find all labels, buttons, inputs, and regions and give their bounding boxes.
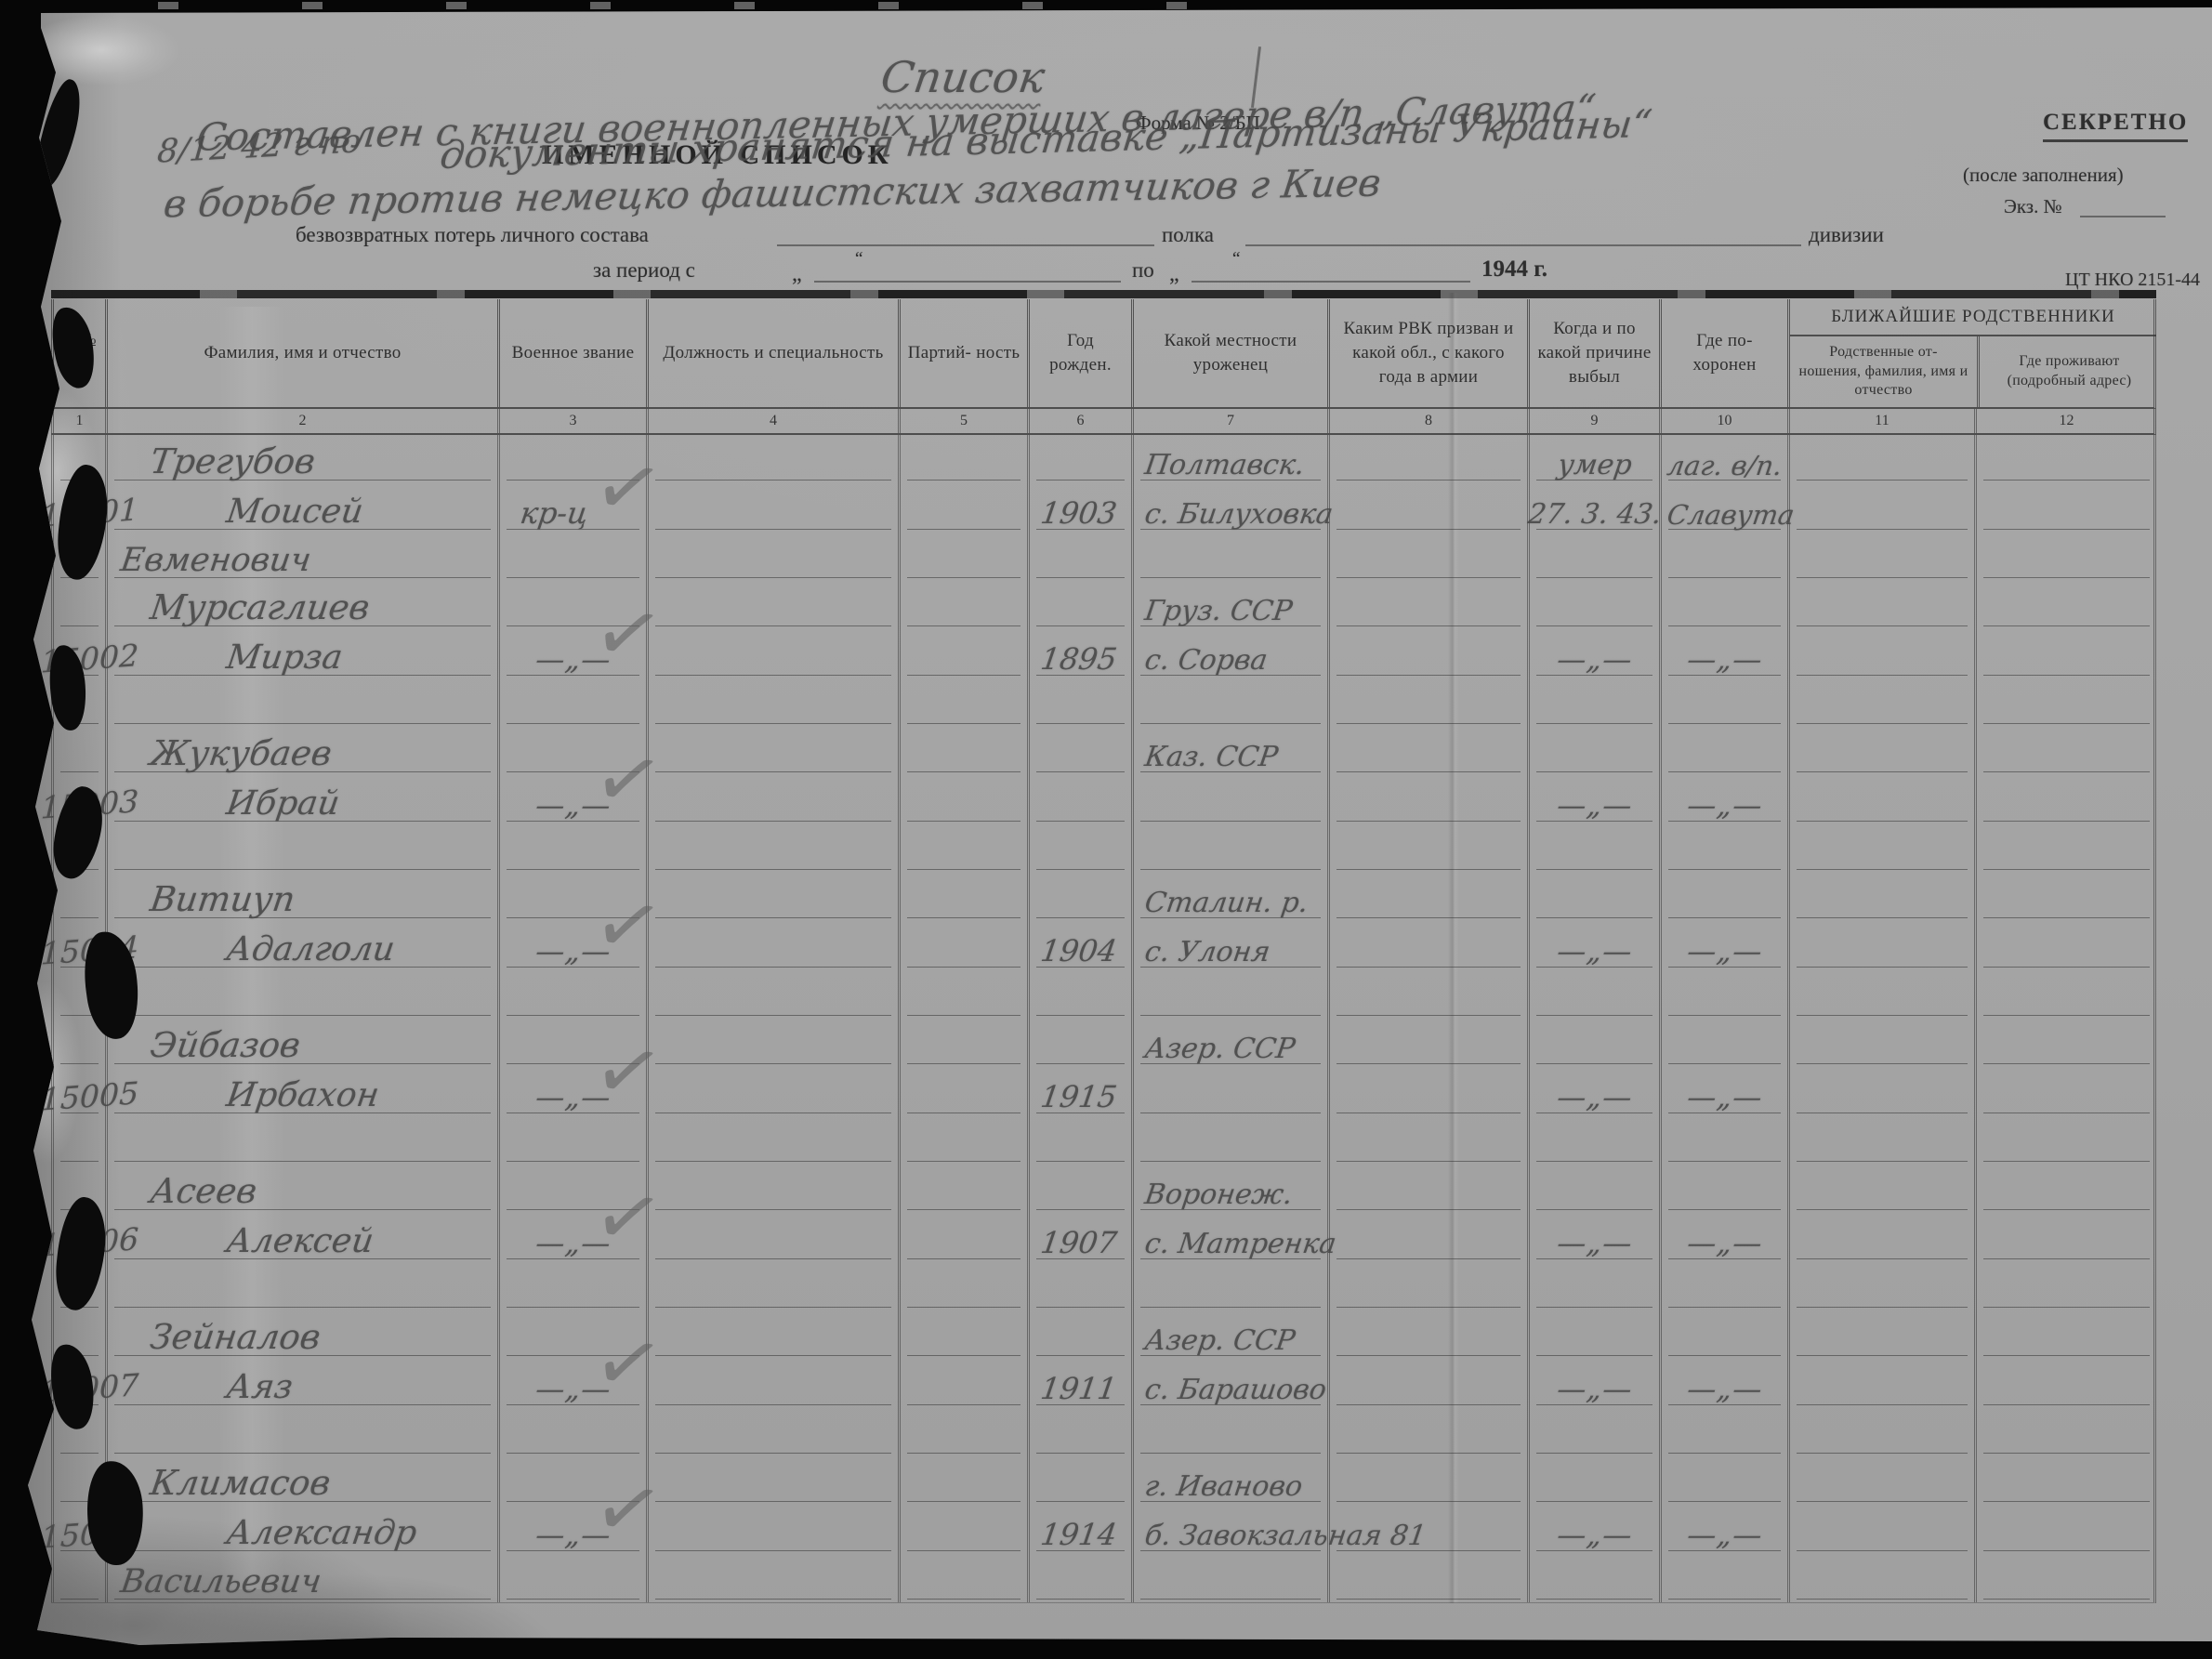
period-year-label: 1944 г.	[1481, 257, 1547, 283]
period-to-label: по	[1132, 258, 1154, 283]
regiment-label: полка	[1162, 223, 1214, 247]
first-name: Моисей	[224, 493, 365, 531]
col-number: 2	[105, 409, 497, 433]
fate-date: —„—	[1554, 1227, 1634, 1260]
first-name: Аяз	[224, 1368, 295, 1406]
col-header-duty: Должность и специальность	[646, 299, 898, 407]
fate-date: —„—	[1554, 935, 1634, 968]
birthplace-region: г. Иваново	[1143, 1470, 1305, 1503]
entry-block: 15003ЖукубаевИбрай—„—✓Каз. ССР—„——„—	[51, 727, 2153, 873]
birthplace-village: б. Завокзальная 81	[1143, 1520, 1429, 1552]
fate-date: —„—	[1554, 643, 1634, 677]
col-header-rank: Военное звание	[497, 299, 646, 407]
entry-block: 15005ЭйбазовИрбахон—„—✓1915Азер. ССР—„——…	[51, 1019, 2153, 1165]
birthplace-village: с. Матренка	[1143, 1228, 1338, 1260]
surname: Трегубов	[148, 441, 318, 481]
first-name: Мирза	[224, 639, 345, 677]
fate-date: —„—	[1554, 789, 1634, 823]
column-number-row: 1 2 3 4 5 6 7 8 9 10 11 12	[51, 409, 2156, 435]
birthplace-region: Азер. ССР	[1143, 1033, 1297, 1065]
first-name: Алексей	[224, 1222, 375, 1260]
blank-line	[814, 281, 1121, 283]
handwritten-date-note: 8/12 42 г по	[156, 123, 363, 170]
birthplace-region: Азер. ССР	[1143, 1324, 1297, 1357]
birthplace-region: Каз. ССР	[1143, 741, 1281, 773]
burial-place-line2: —„—	[1684, 1081, 1764, 1114]
birthplace-village: с. Улоня	[1143, 936, 1272, 968]
relatives-group-title: БЛИЖАЙШИЕ РОДСТВЕННИКИ	[1790, 299, 2156, 336]
col-header-party: Партий- ность	[898, 299, 1027, 407]
torn-paper-patch	[22, 15, 180, 86]
copy-number-label: Экз. №	[2004, 195, 2062, 218]
fate-word: умер	[1555, 449, 1633, 481]
burial-place-line2: —„—	[1684, 1373, 1764, 1406]
entry-block: 15008КлимасовАлександрВасильевич—„—✓1914…	[51, 1456, 2153, 1602]
col-header-burial: Где по- хоронен	[1659, 299, 1787, 407]
col-header-birth-year: Год рожден.	[1027, 299, 1131, 407]
entry-block: 15001ТрегубовМоисейЕвменовичкр-ц✓1903Пол…	[51, 435, 2153, 581]
blank-line	[1192, 281, 1470, 283]
period-prefix-label: за период с	[593, 258, 695, 283]
burial-place-line2: —„—	[1684, 1227, 1764, 1260]
patronymic: Евменович	[118, 542, 313, 579]
col-number: 5	[898, 409, 1027, 433]
birth-year: 1914	[1038, 1517, 1119, 1552]
entry-block: 15006АсеевАлексей—„—✓1907Воронеж.с. Матр…	[51, 1165, 2153, 1310]
scanned-document-page: Список Составлен с книги военнопленных у…	[0, 0, 2212, 1659]
losses-line-label: безвозвратных потерь личного состава	[296, 223, 649, 247]
burial-place-line2: —„—	[1684, 643, 1764, 677]
birthplace-region: Полтавск.	[1143, 449, 1307, 481]
burial-place-line2: Славута	[1666, 499, 1797, 531]
entry-block: 15004ВитиупАдалголи—„—✓1904Сталин. р.с. …	[51, 873, 2153, 1019]
entry-block: 15007ЗейналовАяз—„—✓1911Азер. ССРс. Бара…	[51, 1310, 2153, 1456]
blank-line	[777, 244, 1154, 246]
birthplace-village: с. Билуховка	[1143, 498, 1336, 531]
burial-place-line1: лаг. в/п.	[1666, 450, 1784, 481]
col-header-relative-name: Родственные от- ношения, фамилия, имя и …	[1790, 336, 1977, 407]
handwritten-struggle-note: в борьбе против немецко фашистских захва…	[162, 161, 1384, 227]
division-label: дивизии	[1809, 223, 1884, 247]
table-body: 15001ТрегубовМоисейЕвменовичкр-ц✓1903Пол…	[51, 435, 2156, 1603]
burial-place-line2: —„—	[1684, 789, 1764, 823]
fate-date: —„—	[1554, 1081, 1634, 1114]
col-header-fate: Когда и по какой причине выбыл	[1527, 299, 1659, 407]
col-number: 7	[1131, 409, 1327, 433]
quote-mark: “	[1232, 249, 1240, 270]
surname: Витиуп	[148, 879, 297, 919]
col-number: 10	[1659, 409, 1787, 433]
surname: Зейналов	[148, 1317, 323, 1357]
surname: Мурсаглиев	[148, 587, 372, 627]
burial-place-line2: —„—	[1684, 1519, 1764, 1552]
col-number: 4	[646, 409, 898, 433]
surname: Эйбазов	[148, 1025, 303, 1065]
surname: Асеев	[148, 1171, 259, 1211]
document-paper: Список Составлен с книги военнопленных у…	[0, 0, 2212, 1659]
handwritten-title: Список	[810, 52, 1115, 102]
birth-year: 1895	[1038, 641, 1119, 677]
blank-line	[2080, 216, 2166, 217]
birth-year: 1903	[1038, 495, 1119, 531]
birthplace-region: Воронеж.	[1143, 1178, 1295, 1211]
blank-line	[1245, 244, 1801, 246]
entry-block: 15002МурсаглиевМирза—„—✓1895Груз. ССРс. …	[51, 581, 2153, 727]
birth-year: 1915	[1038, 1079, 1119, 1114]
col-group-relatives: БЛИЖАЙШИЕ РОДСТВЕННИКИ Родственные от- н…	[1787, 299, 2156, 407]
print-code-label: ЦТ НКО 2151-44	[2065, 270, 2200, 291]
col-number: 11	[1787, 409, 1974, 433]
first-name: Адалголи	[224, 930, 397, 968]
after-filling-label: (после заполнения)	[1963, 164, 2124, 187]
first-name: Ибрай	[224, 784, 342, 823]
secrecy-stamp: СЕКРЕТНО	[2043, 110, 2188, 142]
entry-number: 15005	[40, 1074, 139, 1117]
col-number: 3	[497, 409, 646, 433]
table-header-row: №№ п/п. Фамилия, имя и отчество Военное …	[51, 299, 2156, 409]
losses-table: №№ п/п. Фамилия, имя и отчество Военное …	[51, 290, 2156, 1603]
col-number: 8	[1327, 409, 1527, 433]
col-number: 1	[51, 409, 105, 433]
col-header-birthplace: Какой местности уроженец	[1131, 299, 1327, 407]
patronymic: Васильевич	[118, 1563, 323, 1600]
torn-hole	[30, 76, 87, 192]
birth-year: 1904	[1038, 933, 1119, 968]
birthplace-region: Груз. ССР	[1143, 595, 1295, 627]
col-number: 6	[1027, 409, 1131, 433]
col-number: 12	[1974, 409, 2156, 433]
birth-year: 1911	[1038, 1371, 1119, 1406]
birthplace-village: с. Барашово	[1143, 1374, 1329, 1406]
surname: Климасов	[148, 1463, 333, 1503]
fate-date: —„—	[1554, 1373, 1634, 1406]
col-header-relative-address: Где проживают (подробный адрес)	[1977, 336, 2159, 407]
col-header-name: Фамилия, имя и отчество	[105, 299, 497, 407]
quote-mark: „	[792, 262, 802, 287]
fate-date: 27. 3. 43.	[1525, 498, 1663, 531]
table-top-band	[51, 290, 2156, 298]
birthplace-village: с. Сорва	[1143, 644, 1270, 677]
military-rank: кр-ц	[518, 495, 590, 531]
birthplace-region: Сталин. р.	[1143, 887, 1310, 919]
first-name: Александр	[224, 1514, 419, 1552]
col-number: 9	[1527, 409, 1659, 433]
surname: Жукубаев	[148, 733, 335, 773]
fate-date: —„—	[1554, 1519, 1634, 1552]
quote-mark: “	[855, 249, 862, 270]
quote-mark: „	[1169, 262, 1179, 287]
first-name: Ирбахон	[224, 1076, 381, 1114]
burial-place-line2: —„—	[1684, 935, 1764, 968]
birth-year: 1907	[1038, 1225, 1119, 1260]
col-header-drafted-by: Каким РВК призван и какой обл., с какого…	[1327, 299, 1527, 407]
film-edge-marks	[158, 2, 1199, 9]
